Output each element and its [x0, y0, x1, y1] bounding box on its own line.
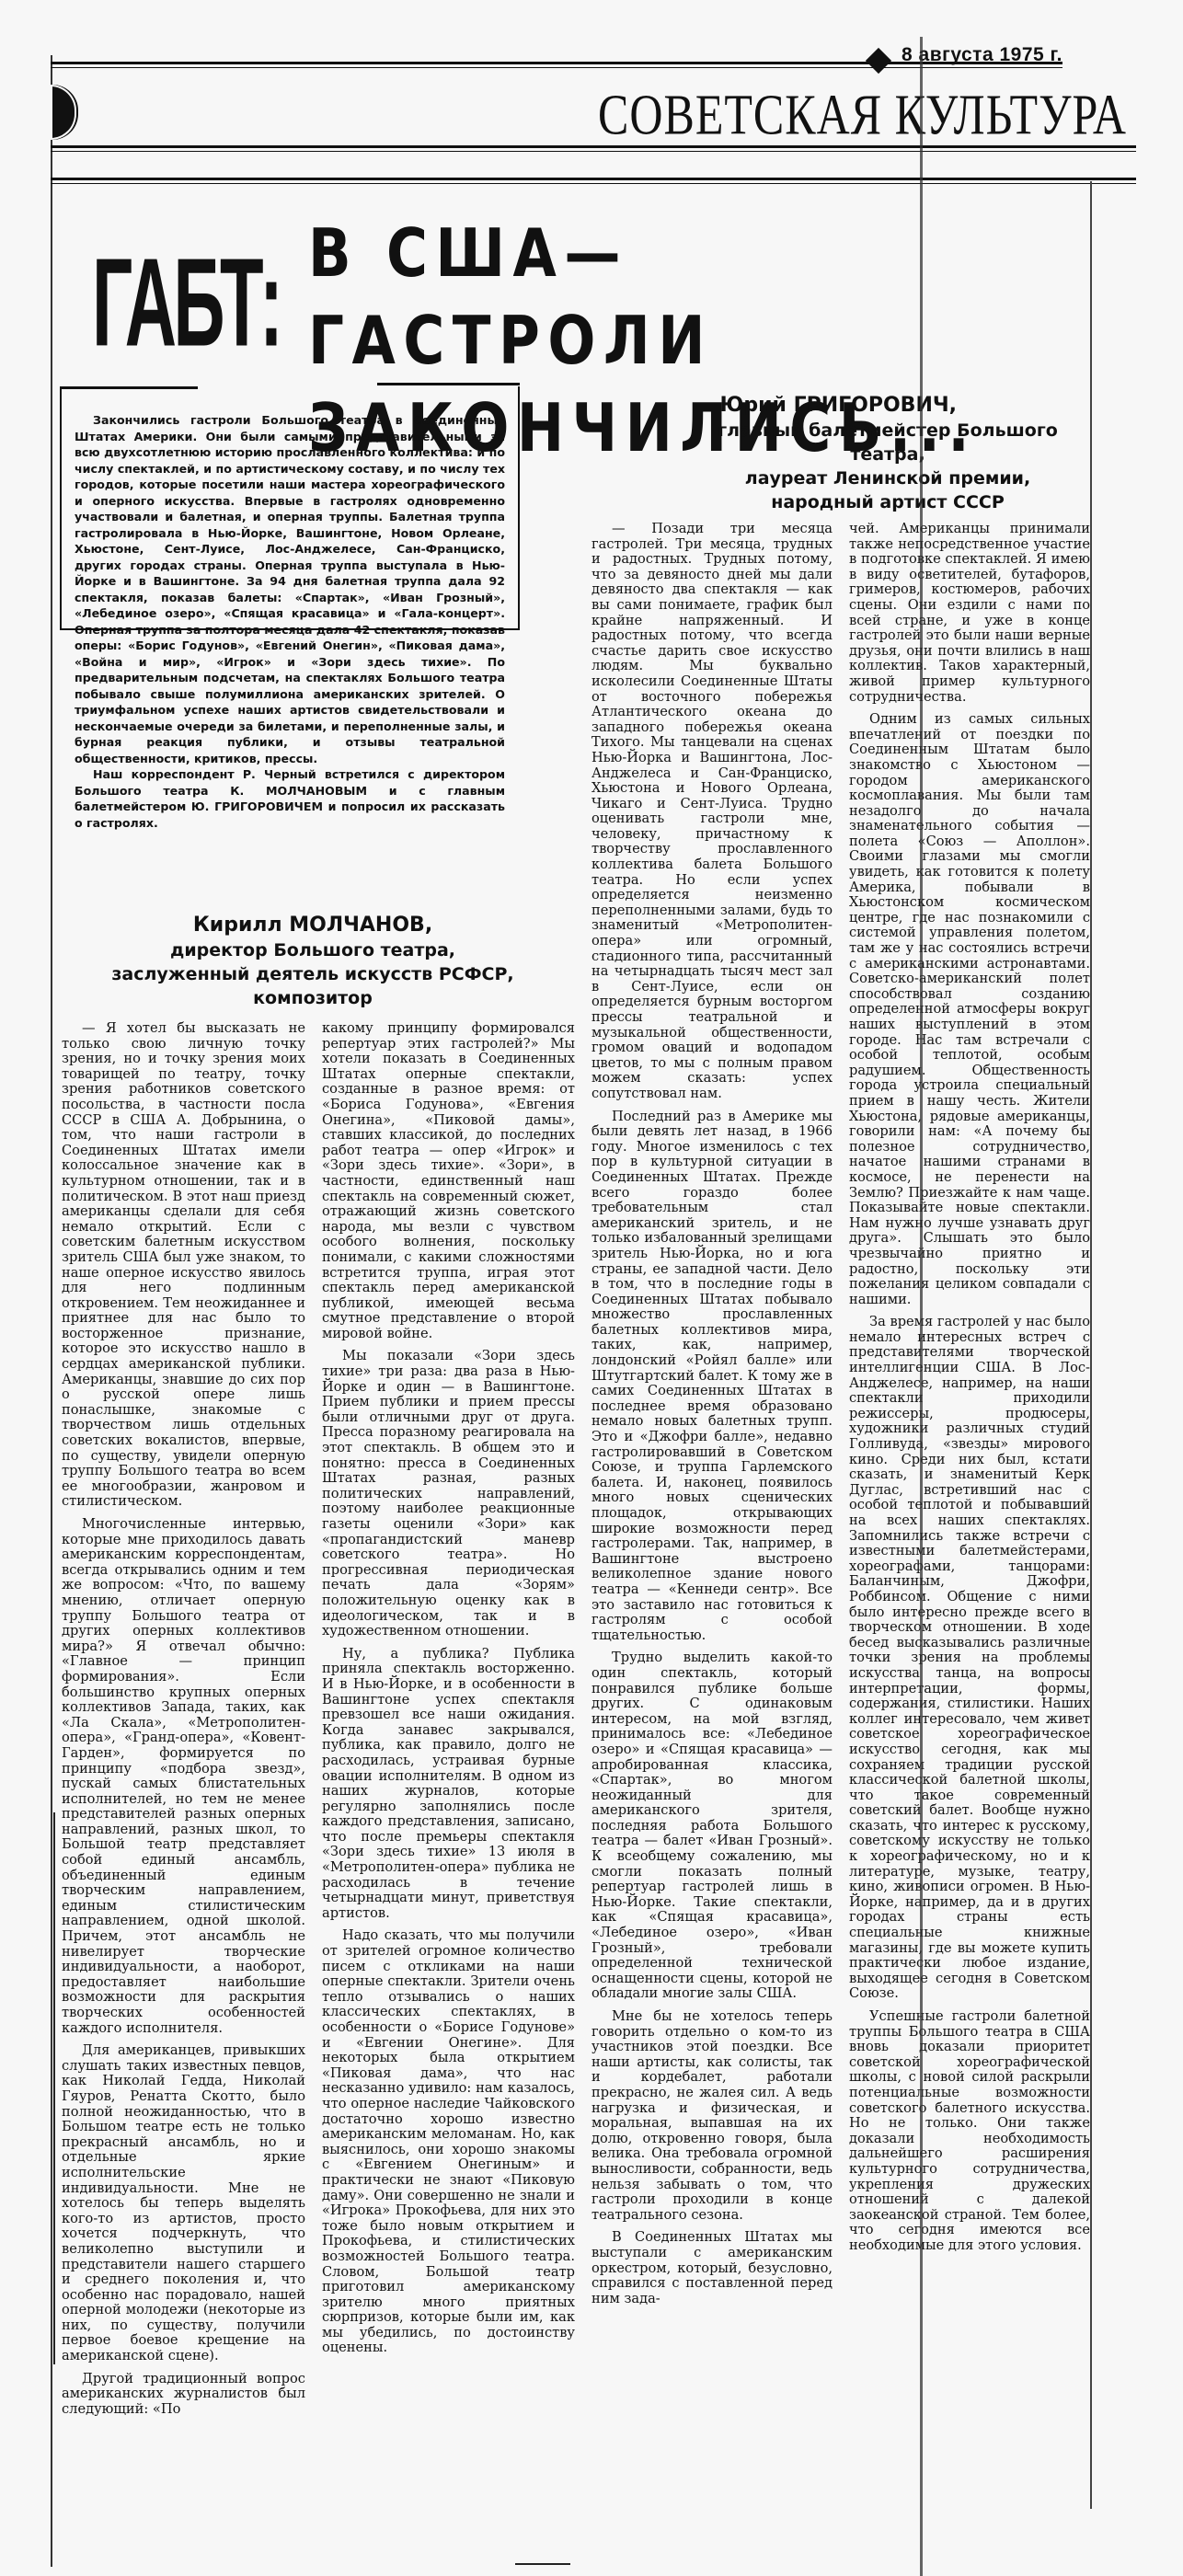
article-end-rule — [515, 2563, 570, 2565]
headline-line-1: В США—ГАСТРОЛИ — [308, 210, 1012, 385]
paragraph: За время гастролей у нас было немало инт… — [849, 1315, 1090, 2002]
byline-name: Кирилл МОЛЧАНОВ, — [51, 913, 575, 938]
paragraph: Мы показали «Зори здесь тихие» три раза:… — [322, 1349, 575, 1639]
column-rule — [53, 1812, 55, 2364]
paragraph: Для американцев, привыкших слушать таких… — [62, 2043, 305, 2363]
paragraph: Надо сказать, что мы получили от зрителе… — [322, 1928, 575, 2356]
paragraph: Другой традиционный вопрос американских … — [62, 2372, 305, 2418]
lead-paragraph: Закончились гастроли Большого театра в С… — [75, 412, 505, 766]
lead-text: Закончились гастроли Большого театра в С… — [75, 412, 505, 831]
paragraph: какому принципу формировался репертуар э… — [322, 1021, 575, 1341]
masthead-bottom-rule — [51, 145, 1136, 148]
paragraph: — Позади три месяца гастролей. Три месяц… — [591, 522, 833, 1102]
newspaper-title: СОВЕТСКАЯ КУЛЬТУРА — [598, 81, 1127, 148]
byline-role: лауреат Ленинской премии, — [575, 466, 1090, 490]
byline-role: композитор — [51, 986, 575, 1010]
lead-box: Закончились гастроли Большого театра в С… — [60, 386, 520, 630]
byline-role: главный балетмейстер Большого театра, — [575, 419, 1090, 466]
right-frame-rule — [1090, 181, 1092, 2509]
paper-fold-crease — [920, 37, 923, 2576]
left-margin-rule — [51, 55, 52, 2567]
article-column-molchanov-2: какому принципу формировался репертуар э… — [322, 1021, 575, 2363]
paragraph: Последний раз в Америке мы были девять л… — [591, 1110, 833, 1644]
paragraph: Одним из самых сильных впечатлений от по… — [849, 712, 1090, 1307]
byline-role: народный артист СССР — [575, 490, 1090, 514]
paragraph: чей. Американцы принимали также непосред… — [849, 522, 1090, 705]
paragraph: Многочисленные интервью, которые мне при… — [62, 1517, 305, 2036]
article-column-molchanov-1: — Я хотел бы высказать не только свою ли… — [62, 1021, 305, 2424]
issue-date: 8 августа 1975 г. — [902, 44, 1062, 66]
diamond-ornament-icon — [866, 48, 891, 74]
paragraph: Успешные гастроли балетной труппы Большо… — [849, 2009, 1090, 2254]
article-column-grigorovich-1: — Позади три месяца гастролей. Три месяц… — [591, 522, 833, 2314]
paragraph: Трудно выделить какой-то один спектакль,… — [591, 1650, 833, 2002]
newspaper-page: 8 августа 1975 г. СОВЕТСКАЯ КУЛЬТУРА ГАБ… — [51, 37, 1136, 2576]
section-top-rule — [51, 178, 1136, 180]
byline-name: Юрий ГРИГОРОВИЧ, — [575, 393, 1090, 419]
byline-molchanov: Кирилл МОЛЧАНОВ, директор Большого театр… — [51, 913, 575, 1010]
lead-paragraph: Наш корреспондент Р. Черный встретился с… — [75, 766, 505, 831]
paragraph: — Я хотел бы высказать не только свою ли… — [62, 1021, 305, 1510]
byline-role: директор Большого театра, — [51, 938, 575, 962]
headline-kicker: ГАБТ: — [92, 239, 280, 365]
article-column-grigorovich-2: чей. Американцы принимали также непосред… — [849, 522, 1090, 2261]
paragraph: В Соединенных Штатах мы выступали с амер… — [591, 2230, 833, 2306]
byline-grigorovich: Юрий ГРИГОРОВИЧ, главный балетмейстер Бо… — [575, 393, 1099, 514]
page-logo-emblem-icon — [51, 85, 76, 140]
paragraph: Мне бы не хотелось теперь говорить отдел… — [591, 2009, 833, 2223]
paragraph: Ну, а публика? Публика приняла спектакль… — [322, 1647, 575, 1922]
byline-role: заслуженный деятель искусств РСФСР, — [51, 962, 575, 986]
